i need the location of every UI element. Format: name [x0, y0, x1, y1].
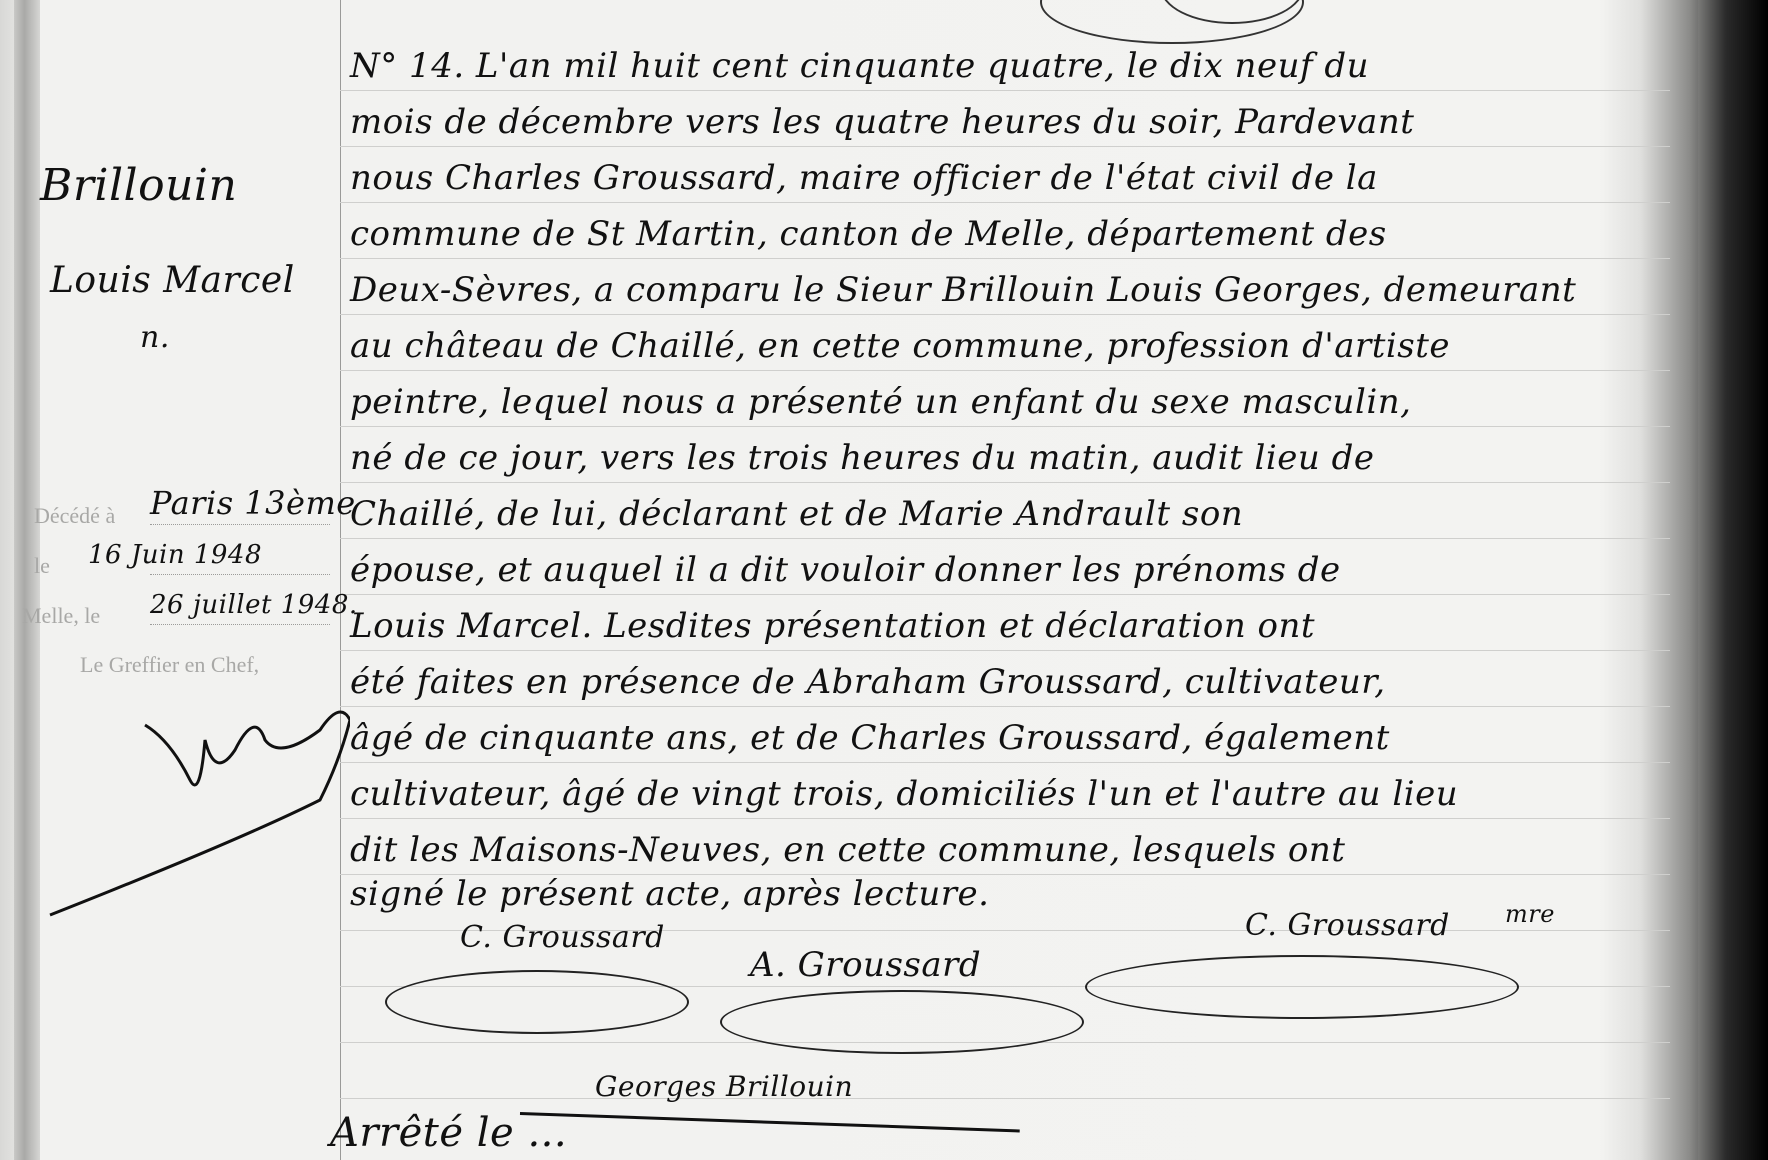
ruled-line: [340, 426, 1670, 427]
ruled-line: [340, 90, 1670, 91]
ruled-line: [340, 818, 1670, 819]
printed-place-date-label: Melle, le: [22, 603, 100, 629]
ruled-line: [340, 706, 1670, 707]
ruled-line: [340, 482, 1670, 483]
signature-mayor: C. Groussard: [1245, 908, 1450, 943]
body-line-13: âgé de cinquante ans, et de Charles Grou…: [350, 718, 1390, 758]
ruled-line: [340, 650, 1670, 651]
signature-underline: [520, 1112, 1020, 1132]
ruled-line: [340, 370, 1670, 371]
left-binding-shadow: [14, 0, 40, 1160]
register-page: Brillouin Louis Marcel n. Décédé à Paris…: [0, 0, 1768, 1160]
ruled-line: [340, 202, 1670, 203]
signature-father: Georges Brillouin: [595, 1070, 853, 1103]
body-line-14: cultivateur, âgé de vingt trois, domicil…: [350, 774, 1458, 814]
body-line-3: nous Charles Groussard, maire officier d…: [350, 158, 1378, 198]
body-line-5: Deux-Sèvres, a comparu le Sieur Brilloui…: [350, 270, 1576, 310]
handwritten-note-date: 26 juillet 1948.: [150, 590, 358, 620]
margin-given-names: Louis Marcel: [50, 260, 295, 301]
body-line-2: mois de décembre vers les quatre heures …: [350, 102, 1414, 142]
signature-flourish: [720, 990, 1084, 1054]
body-line-1: N° 14. L'an mil huit cent cinquante quat…: [350, 46, 1369, 86]
printed-date-label: le: [34, 553, 50, 579]
ruled-line: [340, 258, 1670, 259]
signature-flourish: [1085, 955, 1519, 1019]
ruled-line: [340, 1098, 1670, 1099]
ruled-line: [340, 594, 1670, 595]
body-line-12: été faites en présence de Abraham Grouss…: [350, 662, 1386, 702]
body-line-8: né de ce jour, vers les trois heures du …: [350, 438, 1374, 478]
ruled-line: [340, 146, 1670, 147]
signature-witness-1: C. Groussard: [460, 920, 665, 955]
body-line-15: dit les Maisons-Neuves, en cette commune…: [350, 830, 1345, 870]
next-entry-start: Arrêté le ...: [330, 1110, 567, 1156]
greffier-signature-paraph: [40, 680, 350, 920]
mayor-title: mre: [1505, 900, 1555, 928]
dotted-line: [150, 574, 330, 575]
handwritten-death-date: 16 Juin 1948: [88, 540, 262, 570]
signature-flourish: [385, 970, 689, 1034]
body-line-7: peintre, lequel nous a présenté un enfan…: [350, 382, 1411, 422]
ruled-line: [340, 314, 1670, 315]
right-page-edge: [1698, 0, 1768, 1160]
body-line-11: Louis Marcel. Lesdites présentation et d…: [350, 606, 1315, 646]
printed-deceased-label: Décédé à: [34, 503, 115, 529]
dotted-line: [150, 524, 330, 525]
body-line-6: au château de Chaillé, en cette commune,…: [350, 326, 1450, 366]
dotted-line: [150, 624, 330, 625]
ruled-line: [340, 538, 1670, 539]
body-line-16: signé le présent acte, après lecture.: [350, 874, 989, 914]
signature-witness-2: A. Groussard: [750, 945, 981, 985]
handwritten-death-place: Paris 13ème: [150, 484, 356, 522]
body-line-4: commune de St Martin, canton de Melle, d…: [350, 214, 1387, 254]
margin-surname: Brillouin: [40, 160, 237, 211]
body-line-9: Chaillé, de lui, déclarant et de Marie A…: [350, 494, 1243, 534]
body-line-10: épouse, et auquel il a dit vouloir donne…: [350, 550, 1341, 590]
ruled-line: [340, 762, 1670, 763]
printed-greffier-label: Le Greffier en Chef,: [80, 652, 259, 678]
margin-abbreviation: n.: [140, 320, 170, 355]
